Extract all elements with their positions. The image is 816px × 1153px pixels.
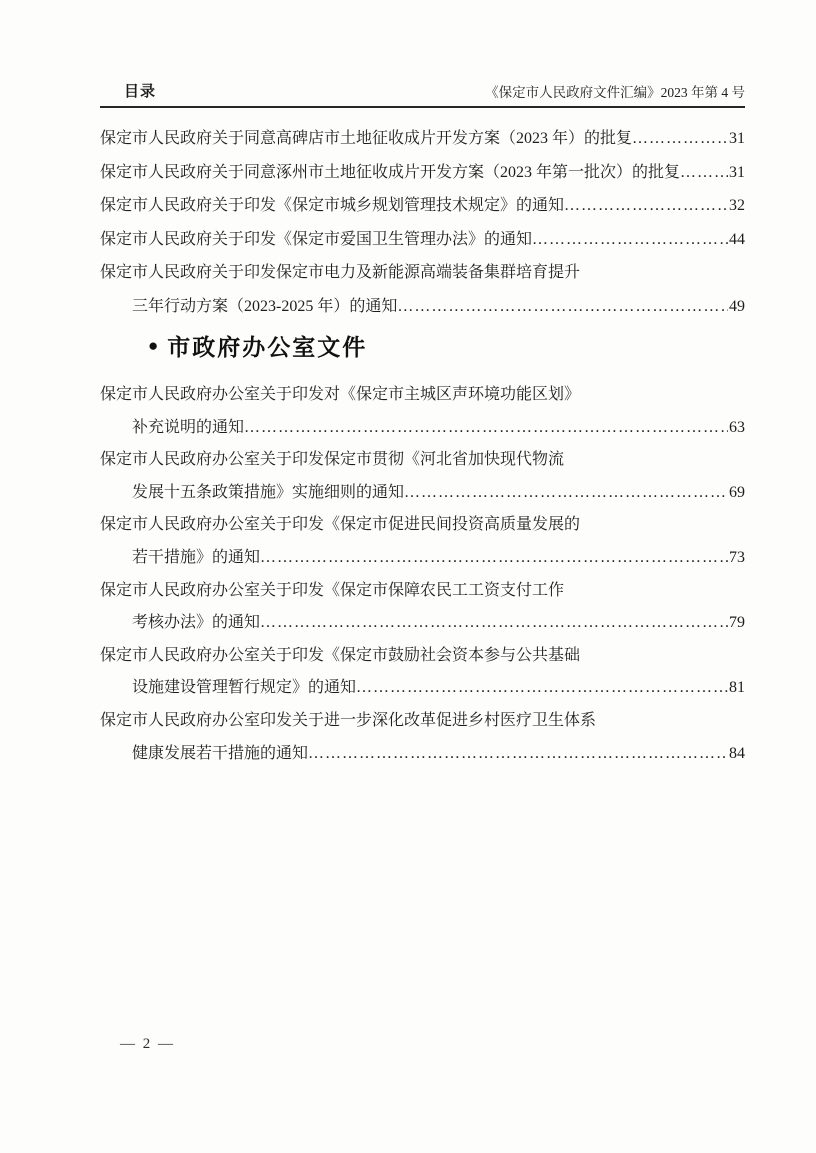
toc-entry-line: 设施建设管理暂行规定》的通知……………………………………………………………………… xyxy=(100,672,745,705)
toc-entry-line: 保定市人民政府关于同意高碑店市土地征收成片开发方案（2023 年）的批复…………… xyxy=(100,122,745,156)
toc-entry-line: 若干措施》的通知……………………………………………………………………………………… xyxy=(100,542,745,575)
toc-dot-leader: …………………………………………………………………………………………………………… xyxy=(532,223,728,257)
toc-entry-text: 保定市人民政府办公室印发关于进一步深化改革促进乡村医疗卫生体系 xyxy=(100,705,596,738)
scanned-document-page: 目录 《保定市人民政府文件汇编》2023 年第 4 号 保定市人民政府关于同意高… xyxy=(0,0,816,1153)
toc-dot-leader: …………………………………………………………………………………………………………… xyxy=(260,607,728,640)
toc-entry-text: 保定市人民政府办公室关于印发对《保定市主城区声环境功能区划》 xyxy=(100,379,580,412)
section-heading: ● 市政府办公室文件 xyxy=(100,325,745,365)
toc-entry-text: 考核办法》的通知 xyxy=(132,607,260,640)
toc-entry: 保定市人民政府办公室关于印发保定市贯彻《河北省加快现代物流发展十五条政策措施》实… xyxy=(100,444,745,509)
toc-entry-text: 保定市人民政府办公室关于印发《保定市鼓励社会资本参与公共基础 xyxy=(100,640,580,673)
toc-entry-text: 保定市人民政府关于同意涿州市土地征收成片开发方案（2023 年第一批次）的批复 xyxy=(100,156,680,190)
page-content: 目录 《保定市人民政府文件汇编》2023 年第 4 号 保定市人民政府关于同意高… xyxy=(100,80,745,770)
toc-entry-text: 保定市人民政府关于印发《保定市城乡规划管理技术规定》的通知 xyxy=(100,189,564,223)
toc-entry: 保定市人民政府关于同意高碑店市土地征收成片开发方案（2023 年）的批复…………… xyxy=(100,122,745,156)
toc-dot-leader: …………………………………………………………………………………………………………… xyxy=(397,290,728,324)
toc-entry-text: 健康发展若干措施的通知 xyxy=(132,738,308,771)
publication-title: 《保定市人民政府文件汇编》2023 年第 4 号 xyxy=(485,81,745,101)
toc-entry: 保定市人民政府办公室关于印发《保定市鼓励社会资本参与公共基础设施建设管理暂行规定… xyxy=(100,640,745,705)
toc-dot-leader: …………………………………………………………………………………………………………… xyxy=(632,122,728,156)
toc-list-government-documents: 保定市人民政府关于同意高碑店市土地征收成片开发方案（2023 年）的批复…………… xyxy=(100,122,745,323)
toc-page-number: 44 xyxy=(728,223,745,257)
toc-page-number: 84 xyxy=(728,738,745,771)
toc-entry-text: 保定市人民政府办公室关于印发保定市贯彻《河北省加快现代物流 xyxy=(100,444,564,477)
toc-entry-line: 健康发展若干措施的通知……………………………………………………………………………… xyxy=(100,738,745,771)
toc-entry-text: 保定市人民政府关于同意高碑店市土地征收成片开发方案（2023 年）的批复 xyxy=(100,122,632,156)
toc-dot-leader: …………………………………………………………………………………………………………… xyxy=(260,542,728,575)
toc-entry: 保定市人民政府办公室关于印发《保定市保障农民工工资支付工作考核办法》的通知………… xyxy=(100,575,745,640)
toc-list-office-documents: 保定市人民政府办公室关于印发对《保定市主城区声环境功能区划》补充说明的通知………… xyxy=(100,379,745,770)
toc-page-number: 63 xyxy=(728,412,745,445)
toc-entry: 保定市人民政府关于印发保定市电力及新能源高端装备集群培育提升三年行动方案（202… xyxy=(100,256,745,323)
toc-dot-leader: …………………………………………………………………………………………………………… xyxy=(564,189,728,223)
bullet-icon: ● xyxy=(148,337,158,354)
toc-page-number: 31 xyxy=(728,156,745,190)
toc-entry-line: 保定市人民政府关于印发《保定市城乡规划管理技术规定》的通知……………………………… xyxy=(100,189,745,223)
toc-entry-line: 保定市人民政府办公室关于印发《保定市鼓励社会资本参与公共基础 xyxy=(100,640,745,673)
toc-entry-line: 考核办法》的通知……………………………………………………………………………………… xyxy=(100,607,745,640)
toc-entry: 保定市人民政府关于同意涿州市土地征收成片开发方案（2023 年第一批次）的批复…… xyxy=(100,156,745,190)
toc-entry-line: 保定市人民政府关于印发《保定市爱国卫生管理办法》的通知…………………………………… xyxy=(100,223,745,257)
toc-dot-leader: …………………………………………………………………………………………………………… xyxy=(244,412,728,445)
toc-entry-line: 保定市人民政府办公室印发关于进一步深化改革促进乡村医疗卫生体系 xyxy=(100,705,745,738)
toc-entry: 保定市人民政府关于印发《保定市城乡规划管理技术规定》的通知……………………………… xyxy=(100,189,745,223)
toc-entry-line: 保定市人民政府办公室关于印发保定市贯彻《河北省加快现代物流 xyxy=(100,444,745,477)
toc-entry-text: 保定市人民政府关于印发《保定市爱国卫生管理办法》的通知 xyxy=(100,223,532,257)
toc-page-number: 32 xyxy=(728,189,745,223)
page-footer: — 2 — xyxy=(120,1036,175,1053)
toc-entry-text: 补充说明的通知 xyxy=(132,412,244,445)
toc-header-title: 目录 xyxy=(100,80,156,101)
toc-entry-text: 若干措施》的通知 xyxy=(132,542,260,575)
toc-entry-line: 补充说明的通知………………………………………………………………………………………… xyxy=(100,412,745,445)
toc-entry: 保定市人民政府关于印发《保定市爱国卫生管理办法》的通知…………………………………… xyxy=(100,223,745,257)
toc-entry: 保定市人民政府办公室印发关于进一步深化改革促进乡村医疗卫生体系健康发展若干措施的… xyxy=(100,705,745,770)
toc-entry-line: 保定市人民政府关于印发保定市电力及新能源高端装备集群培育提升 xyxy=(100,256,745,290)
toc-dot-leader: …………………………………………………………………………………………………………… xyxy=(404,477,728,510)
toc-entry-text: 保定市人民政府办公室关于印发《保定市保障农民工工资支付工作 xyxy=(100,575,564,608)
toc-entry-text: 三年行动方案（2023-2025 年）的通知 xyxy=(132,290,397,324)
toc-entry-line: 保定市人民政府关于同意涿州市土地征收成片开发方案（2023 年第一批次）的批复…… xyxy=(100,156,745,190)
toc-entry-text: 设施建设管理暂行规定》的通知 xyxy=(132,672,356,705)
toc-entry-text: 保定市人民政府办公室关于印发《保定市促进民间投资高质量发展的 xyxy=(100,509,580,542)
toc-entry-text: 发展十五条政策措施》实施细则的通知 xyxy=(132,477,404,510)
toc-dot-leader: …………………………………………………………………………………………………………… xyxy=(680,156,728,190)
toc-entry-line: 保定市人民政府办公室关于印发《保定市促进民间投资高质量发展的 xyxy=(100,509,745,542)
toc-entry-line: 保定市人民政府办公室关于印发《保定市保障农民工工资支付工作 xyxy=(100,575,745,608)
page-header: 目录 《保定市人民政府文件汇编》2023 年第 4 号 xyxy=(100,80,745,108)
toc-page-number: 69 xyxy=(728,477,745,510)
toc-page-number: 73 xyxy=(728,542,745,575)
toc-page-number: 31 xyxy=(728,122,745,156)
toc-dot-leader: …………………………………………………………………………………………………………… xyxy=(356,672,728,705)
toc-dot-leader: …………………………………………………………………………………………………………… xyxy=(308,738,728,771)
page-number: — 2 — xyxy=(120,1036,175,1052)
toc-entry-line: 保定市人民政府办公室关于印发对《保定市主城区声环境功能区划》 xyxy=(100,379,745,412)
section-heading-title: 市政府办公室文件 xyxy=(167,329,367,362)
toc-entry-line: 三年行动方案（2023-2025 年）的通知………………………………………………… xyxy=(100,290,745,324)
toc-page-number: 79 xyxy=(728,607,745,640)
toc-page-number: 81 xyxy=(728,672,745,705)
toc-entry-line: 发展十五条政策措施》实施细则的通知……………………………………………………………… xyxy=(100,477,745,510)
toc-entry: 保定市人民政府办公室关于印发对《保定市主城区声环境功能区划》补充说明的通知………… xyxy=(100,379,745,444)
toc-entry: 保定市人民政府办公室关于印发《保定市促进民间投资高质量发展的若干措施》的通知……… xyxy=(100,509,745,574)
toc-page-number: 49 xyxy=(728,290,745,324)
toc-entry-text: 保定市人民政府关于印发保定市电力及新能源高端装备集群培育提升 xyxy=(100,256,580,290)
